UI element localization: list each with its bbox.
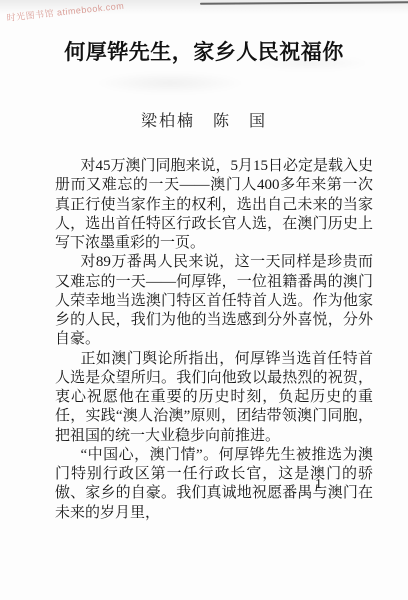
book-page: 时光图书馆 atimebook.com 何厚铧先生，家乡人民祝福你 梁柏楠 陈 … xyxy=(0,0,408,600)
scan-smudge xyxy=(95,72,245,94)
page-number: 1 xyxy=(315,477,322,493)
paragraph-1: 对45万澳门同胞来说，5月15日必定是载入史册而又难忘的一天——澳门人400多年… xyxy=(55,157,373,253)
scan-edge-line xyxy=(200,1,408,4)
article-title: 何厚铧先生，家乡人民祝福你 xyxy=(0,36,408,66)
article-body: 对45万澳门同胞来说，5月15日必定是载入史册而又难忘的一天——澳门人400多年… xyxy=(55,157,373,523)
paragraph-2: 对89万番禺人民来说，这一天同样是珍贵而又难忘的一天——何厚铧，一位祖籍番禺的澳… xyxy=(55,253,373,349)
paragraph-4: “中国心，澳门情”。何厚铧先生被推选为澳门特别行政区第一任行政长官，这是澳门的骄… xyxy=(55,446,373,523)
paragraph-3: 正如澳门舆论所指出，何厚铧当选首任特首人选是众望所归。我们向他致以最热烈的祝贺，… xyxy=(55,350,373,446)
article-byline: 梁柏楠 陈 国 xyxy=(0,108,408,131)
library-watermark: 时光图书馆 atimebook.com xyxy=(6,0,125,24)
